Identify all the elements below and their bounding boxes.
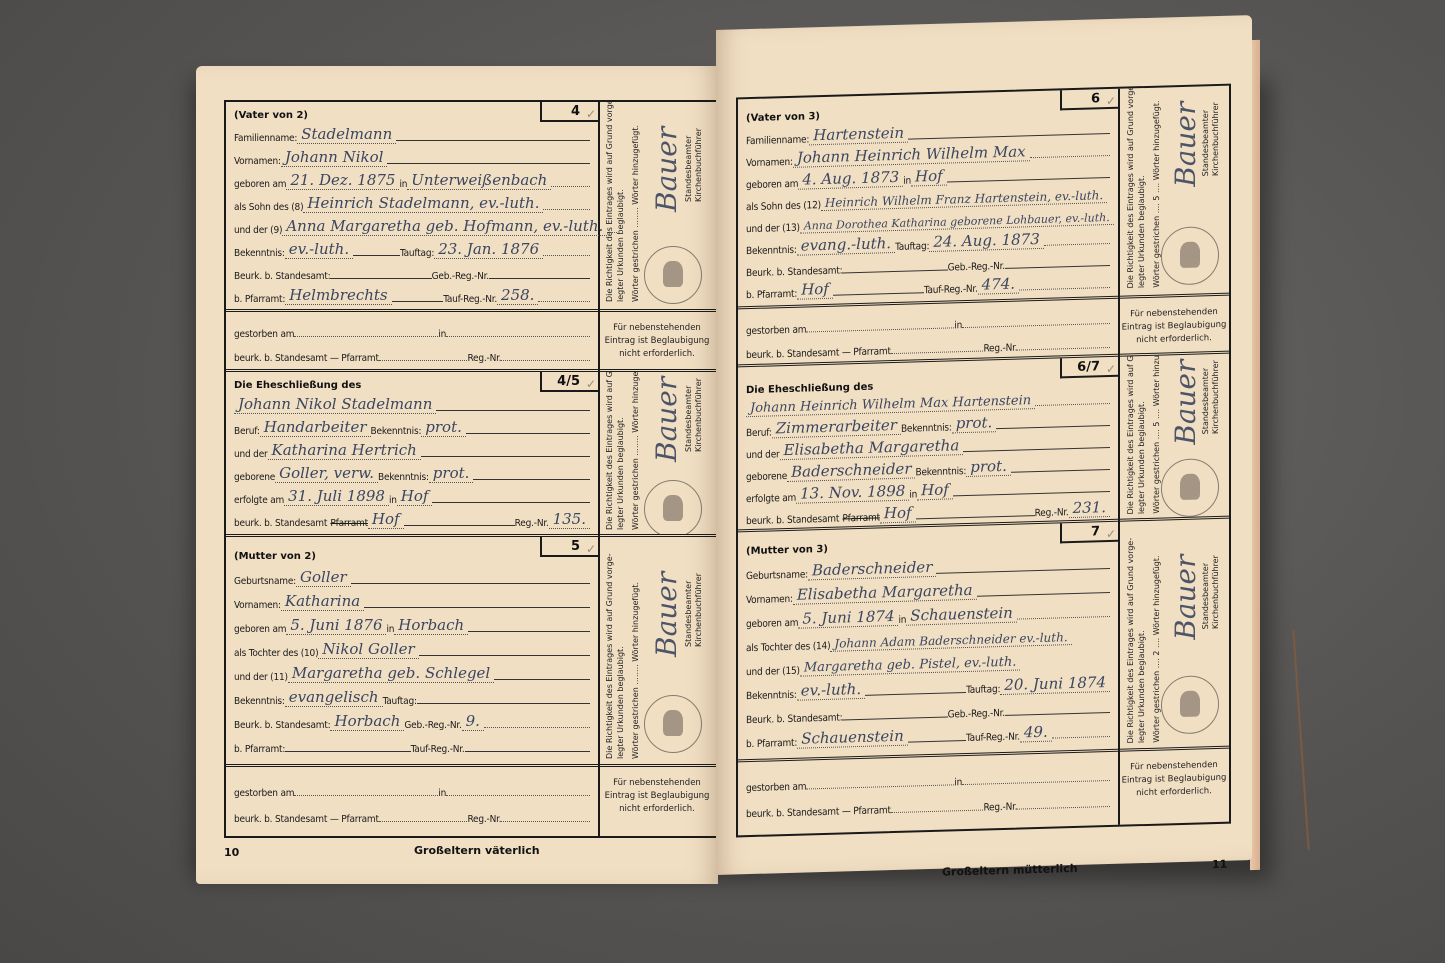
label: Geburtsname:	[746, 569, 808, 582]
seal-stamp-icon	[1161, 675, 1219, 735]
struck-words-text: Wörter gestrichen ........ Wörter hinzug…	[630, 125, 641, 302]
certification-text: Die Richtigkeit des Eintrages wird auf G…	[604, 372, 626, 530]
label: Bekenntnis:	[371, 426, 422, 437]
certification-box: Die Richtigkeit des Eintrages wird auf G…	[598, 537, 716, 767]
checkmark-icon: ✓	[586, 374, 596, 394]
label: beurk. b. Standesamt	[746, 514, 839, 528]
label: gestorben am	[234, 329, 294, 340]
religion-row: Bekenntnis:evangelischTauftag:	[234, 685, 590, 707]
registry-row: Beurk. b. Standesamt:HorbachGeb.-Reg.-Nr…	[234, 709, 590, 731]
baptism-day-value: 23. Jan. 1876	[434, 240, 543, 259]
religion-value: evangelisch	[285, 688, 383, 707]
born-in-value: Horbach	[394, 616, 468, 635]
label: Reg.-Nr.	[1035, 507, 1069, 519]
label: Tauftag:	[966, 684, 1000, 696]
birth-name-value: Baderschneider	[808, 558, 936, 581]
entry-number: 6✓	[1060, 89, 1118, 111]
label: gestorben am	[234, 788, 294, 799]
religion2-value: prot.	[966, 457, 1011, 477]
baptism-reg-value: 49.	[1020, 723, 1052, 743]
family-name-row: Familienname:Stadelmann	[234, 122, 590, 144]
certification-text: Die Richtigkeit des Eintrages wird auf G…	[604, 102, 626, 302]
checkmark-icon: ✓	[1106, 524, 1116, 544]
baptism-reg-value: 474.	[978, 275, 1019, 295]
father-section: 4✓ (Vater von 2) Familienname:Stadelmann…	[226, 102, 598, 312]
section-title: (Mutter von 2)	[234, 551, 316, 562]
reg-no-value: 135.	[549, 510, 590, 529]
label: Beurk. b. Standesamt:	[746, 712, 842, 726]
page-number: 10	[224, 846, 239, 859]
struck-words-text: Wörter gestrichen .... 2 .... Wörter hin…	[1151, 555, 1162, 743]
daughter-of-value: Nikol Goller	[318, 640, 418, 659]
label: gestorben am	[746, 781, 806, 794]
official-role: StandesbeamterKirchenbuchführer	[684, 573, 704, 647]
religion-value: prot.	[952, 413, 997, 433]
baptism-day-value: 20. Juni 1874	[1000, 673, 1110, 695]
label: in	[438, 329, 446, 340]
no-certification-note: Für nebenstehendenEintrag ist Beglaubigu…	[598, 312, 716, 372]
death-registry-row: beurk. b. Standesamt — PfarramtReg.-Nr.	[234, 342, 590, 364]
label: Reg.-Nr.	[983, 802, 1017, 814]
section-title: (Vater von 3)	[746, 111, 820, 124]
registry-row: Beurk. b. Standesamt:Geb.-Reg.-Nr.	[234, 260, 590, 282]
no-certification-note: Für nebenstehendenEintrag ist Beglaubigu…	[598, 767, 716, 816]
bride-value: Katharina Hertrich	[268, 441, 421, 460]
occurred-in-value: Hof	[397, 487, 433, 506]
seal-stamp-icon	[1161, 226, 1219, 286]
label: Vornamen:	[746, 594, 793, 606]
label: in	[898, 615, 906, 626]
occurred-row: erfolgte am31. Juli 1898inHof	[234, 484, 590, 506]
death-registry-row: beurk. b. Standesamt — PfarramtReg.-Nr.	[234, 803, 590, 825]
label: Geburtsname:	[234, 576, 296, 587]
label: in	[954, 320, 962, 331]
birth-reg-value: 9.	[462, 712, 484, 731]
certification-box: Die Richtigkeit des Eintrages wird auf G…	[1119, 86, 1229, 299]
father-section: 6✓ (Vater von 3) Familienname:Hartenstei…	[738, 89, 1118, 310]
label: Beurk. b. Standesamt:	[234, 720, 330, 731]
religion-row: Bekenntnis:ev.-luth.Tauftag:23. Jan. 187…	[234, 237, 590, 259]
signature: Bauer	[1169, 101, 1202, 187]
birth-row: geboren am5. Juni 1876inHorbach	[234, 613, 590, 635]
entry-number: 4/5✓	[540, 372, 598, 392]
parish-row: b. Pfarramt:Tauf-Reg.-Nr.	[234, 733, 590, 755]
label: Tauf-Reg.-Nr.	[411, 744, 465, 755]
label: Beurk. b. Standesamt:	[234, 271, 330, 282]
label: Bekenntnis:	[378, 472, 429, 483]
label: Familienname:	[234, 133, 297, 144]
label: beurk. b. Standesamt — Pfarramt	[746, 805, 891, 820]
left-entries-column: 4✓ (Vater von 2) Familienname:Stadelmann…	[226, 102, 600, 836]
groom-value: Johann Nikol Stadelmann	[234, 395, 436, 414]
certification-text: Die Richtigkeit des Eintrages wird auf G…	[1125, 86, 1147, 289]
mother-section: 5✓ (Mutter von 2) Geburtsname:Goller Vor…	[226, 537, 598, 767]
label: in	[954, 777, 962, 788]
label: als Tochter des (10)	[234, 648, 318, 659]
certification-text: Die Richtigkeit des Eintrages wird auf G…	[1125, 354, 1147, 515]
seal-stamp-icon	[644, 695, 702, 753]
parish-value: Schauenstein	[797, 727, 908, 749]
registry-value: Horbach	[330, 712, 404, 731]
right-form: 6✓ (Vater von 3) Familienname:Hartenstei…	[736, 84, 1231, 838]
certification-box: Die Richtigkeit des Eintrages wird auf G…	[1119, 354, 1229, 522]
left-form: 4✓ (Vater von 2) Familienname:Stadelmann…	[224, 100, 718, 838]
certification-box: Die Richtigkeit des Eintrages wird auf G…	[598, 102, 716, 312]
label: Reg.-Nr.	[983, 343, 1017, 355]
label: und der (9)	[234, 225, 282, 236]
label: Bekenntnis:	[234, 696, 285, 707]
label: in	[386, 624, 394, 635]
label: beurk. b. Standesamt — Pfarramt	[234, 814, 379, 825]
struck-label: Pfarramt	[330, 518, 368, 529]
occurred-in-value: Hof	[917, 480, 953, 500]
left-certification-column: Die Richtigkeit des Eintrages wird auf G…	[598, 102, 716, 836]
section-title: (Mutter von 3)	[746, 544, 828, 557]
entry-number: 7✓	[1060, 522, 1118, 544]
label: in	[399, 179, 407, 190]
right-page: 6✓ (Vater von 3) Familienname:Hartenstei…	[716, 15, 1252, 875]
checkmark-icon: ✓	[1106, 359, 1116, 379]
signature: Bauer	[650, 127, 683, 212]
father-death-section: gestorben amin beurk. b. Standesamt — Pf…	[738, 299, 1118, 368]
struck-words-text: Wörter gestrichen ........ Wörter hinzug…	[630, 582, 641, 759]
label: b. Pfarramt:	[746, 289, 797, 301]
label: beurk. b. Standesamt — Pfarramt	[234, 353, 379, 364]
label: beurk. b. Standesamt	[234, 518, 327, 529]
label: Tauf-Reg.-Nr.	[924, 284, 978, 297]
and-of-row: und der (9)Anna Margaretha geb. Hofmann,…	[234, 214, 590, 236]
parish-row: b. Pfarramt:HelmbrechtsTauf-Reg.-Nr.258.	[234, 283, 590, 305]
official-role: StandesbeamterKirchenbuchführer	[1201, 102, 1221, 177]
signature: Bauer	[650, 572, 683, 657]
label: in	[438, 788, 446, 799]
daughter-of-row: als Tochter des (10)Nikol Goller	[234, 637, 590, 659]
official-role: StandesbeamterKirchenbuchführer	[1201, 555, 1221, 630]
label: Geb.-Reg.-Nr.	[948, 708, 1005, 721]
label: b. Pfarramt:	[746, 738, 797, 750]
left-page: 4✓ (Vater von 2) Familienname:Stadelmann…	[196, 66, 718, 884]
death-registry-row: beurk. b. Standesamt — PfarramtReg.-Nr.	[746, 788, 1110, 820]
first-names-value: Johann Nikol	[281, 148, 388, 167]
label: und der (15)	[746, 666, 800, 679]
signature: Bauer	[1169, 554, 1202, 640]
bride-row: und derKatharina Hertrich	[234, 438, 590, 460]
born-in-value: Hof	[911, 167, 947, 187]
label: Tauftag:	[400, 248, 434, 259]
label: erfolgte am	[234, 495, 284, 506]
label: Bekenntnis:	[234, 248, 285, 259]
section-title: (Vater von 2)	[234, 110, 308, 121]
registry-value: Hof	[368, 510, 404, 529]
official-role: StandesbeamterKirchenbuchführer	[1201, 360, 1221, 435]
born-row: geboreneGoller, verw.Bekenntnis:prot.	[234, 461, 590, 483]
groom-row: Johann Nikol Stadelmann	[234, 392, 590, 414]
seal-stamp-icon	[644, 480, 702, 537]
marriage-section: 6/7✓ Die Eheschließung des Johann Heinri…	[738, 357, 1118, 533]
marriage-registry-row: beurk. b. Standesamt PfarramtHofReg.-Nr.…	[234, 507, 590, 529]
label: Reg.-Nr.	[467, 353, 501, 364]
official-role: StandesbeamterKirchenbuchführer	[684, 378, 704, 452]
label: Vornamen:	[234, 156, 281, 167]
seal-stamp-icon	[644, 246, 702, 304]
occupation-row: Beruf:HandarbeiterBekenntnis:prot.	[234, 415, 590, 437]
label: Tauftag:	[383, 696, 417, 707]
checkmark-icon: ✓	[586, 539, 596, 559]
label: in	[909, 489, 917, 500]
certification-box: Die Richtigkeit des Eintrages wird auf G…	[598, 372, 716, 537]
mother-section: 7✓ (Mutter von 3) Geburtsname:Baderschne…	[738, 522, 1118, 763]
struck-words-text: Wörter gestrichen ........ Wörter hinzug…	[630, 372, 641, 530]
occupation-value: Handarbeiter	[260, 418, 371, 437]
label: gestorben am	[746, 324, 806, 337]
born-value: Goller, verw.	[275, 464, 378, 483]
entry-number: 5✓	[540, 537, 598, 557]
religion2-value: prot.	[429, 464, 474, 483]
marriage-section: 4/5✓ Die Eheschließung des Johann Nikol …	[226, 372, 598, 537]
page-number: 11	[1212, 858, 1227, 871]
mother-death-section: gestorben amin beurk. b. Standesamt — Pf…	[738, 752, 1118, 833]
label: Reg.-Nr.	[515, 518, 549, 529]
signature: Bauer	[650, 377, 683, 462]
son-of-value: Heinrich Stadelmann, ev.-luth.	[303, 194, 543, 213]
born-on-value: 5. Juni 1876	[286, 616, 386, 635]
first-names-row: Vornamen:Katharina	[234, 589, 590, 611]
religion-value: ev.-luth.	[797, 680, 865, 701]
reg-no-value: 231.	[1069, 498, 1110, 518]
label: Tauf-Reg.-Nr.	[966, 732, 1020, 745]
struck-label: Pfarramt	[842, 512, 880, 524]
checkmark-icon: ✓	[586, 104, 596, 124]
right-certification-column: Die Richtigkeit des Eintrages wird auf G…	[1119, 86, 1229, 825]
label: und der (11)	[234, 672, 288, 683]
parish-value: Hof	[797, 280, 833, 300]
death-row: gestorben amin	[234, 318, 590, 340]
label: Vornamen:	[234, 600, 281, 611]
label: geborene	[234, 472, 275, 483]
label: b. Pfarramt:	[234, 744, 285, 755]
born-in-value: Schauenstein	[906, 604, 1017, 626]
label: Bekenntnis:	[746, 690, 797, 702]
certification-text: Die Richtigkeit des Eintrages wird auf G…	[604, 553, 626, 759]
mother-death-section: gestorben amin beurk. b. Standesamt — Pf…	[226, 767, 598, 837]
first-names-row: Vornamen:Johann Nikol	[234, 145, 590, 167]
label: als Sohn des (8)	[234, 202, 303, 213]
and-of-row: und der (11)Margaretha geb. Schlegel	[234, 661, 590, 683]
and-of-value: Anna Margaretha geb. Hofmann, ev.-luth.	[282, 217, 607, 236]
right-entries-column: 6✓ (Vater von 3) Familienname:Hartenstei…	[738, 89, 1120, 836]
label: geboren am	[234, 179, 286, 190]
entry-number: 6/7✓	[1060, 357, 1118, 379]
label: in	[903, 176, 911, 187]
right-page-content: 6✓ (Vater von 3) Familienname:Hartenstei…	[716, 57, 1252, 72]
label: und der	[234, 449, 268, 460]
first-names-value: Katharina	[281, 592, 364, 611]
label: Tauf-Reg.-Nr.	[443, 294, 497, 305]
occurred-on-value: 31. Juli 1898	[284, 487, 389, 506]
label: Geb.-Reg.-Nr.	[432, 271, 489, 282]
baptism-reg-value: 258.	[497, 286, 538, 305]
label: geboren am	[746, 618, 798, 630]
family-name-value: Stadelmann	[297, 125, 396, 144]
and-of-value: Margaretha geb. Schlegel	[288, 664, 494, 683]
registry-value: Hof	[880, 503, 916, 523]
signature: Bauer	[1169, 359, 1202, 445]
born-in-value: Unterweißenbach	[407, 171, 551, 190]
label: Reg.-Nr.	[467, 814, 501, 825]
birth-name-row: Geburtsname:Goller	[234, 565, 590, 587]
label: Geb.-Reg.-Nr.	[404, 720, 461, 731]
born-on-value: 5. Juni 1874	[798, 607, 898, 629]
parish-value: Helmbrechts	[285, 286, 391, 305]
birth-name-value: Goller	[296, 568, 351, 587]
label: b. Pfarramt:	[234, 294, 285, 305]
religion-value: prot.	[421, 418, 466, 437]
label: Beruf:	[746, 427, 772, 439]
seal-stamp-icon	[1161, 458, 1219, 518]
born-on-value: 21. Dez. 1875	[286, 171, 399, 190]
son-of-row: als Sohn des (8)Heinrich Stadelmann, ev.…	[234, 191, 590, 213]
first-names-value: Elisabetha Margaretha	[793, 581, 977, 605]
label: geboren am	[234, 624, 286, 635]
official-role: StandesbeamterKirchenbuchführer	[684, 128, 704, 202]
label: als Tochter des (14)	[746, 641, 830, 654]
birth-row: geboren am21. Dez. 1875inUnterweißenbach	[234, 168, 590, 190]
section-title: Die Eheschließung des	[234, 380, 361, 391]
religion-value: ev.-luth.	[285, 240, 353, 259]
no-certification-note: Für nebenstehendenEintrag ist Beglaubigu…	[1119, 296, 1229, 357]
label: Beruf:	[234, 426, 260, 437]
label: in	[389, 495, 397, 506]
certification-text: Die Richtigkeit des Eintrages wird auf G…	[1125, 537, 1147, 743]
death-row: gestorben amin	[234, 777, 590, 799]
checkmark-icon: ✓	[1106, 91, 1116, 111]
page-footer-title: Großeltern väterlich	[414, 844, 540, 857]
no-certification-note: Für nebenstehendenEintrag ist Beglaubigu…	[1119, 749, 1229, 801]
certification-box: Die Richtigkeit des Eintrages wird auf G…	[1119, 519, 1229, 752]
entry-number: 4✓	[540, 102, 598, 122]
label: beurk. b. Standesamt — Pfarramt	[746, 346, 891, 361]
father-death-section: gestorben amin beurk. b. Standesamt — Pf…	[226, 312, 598, 372]
